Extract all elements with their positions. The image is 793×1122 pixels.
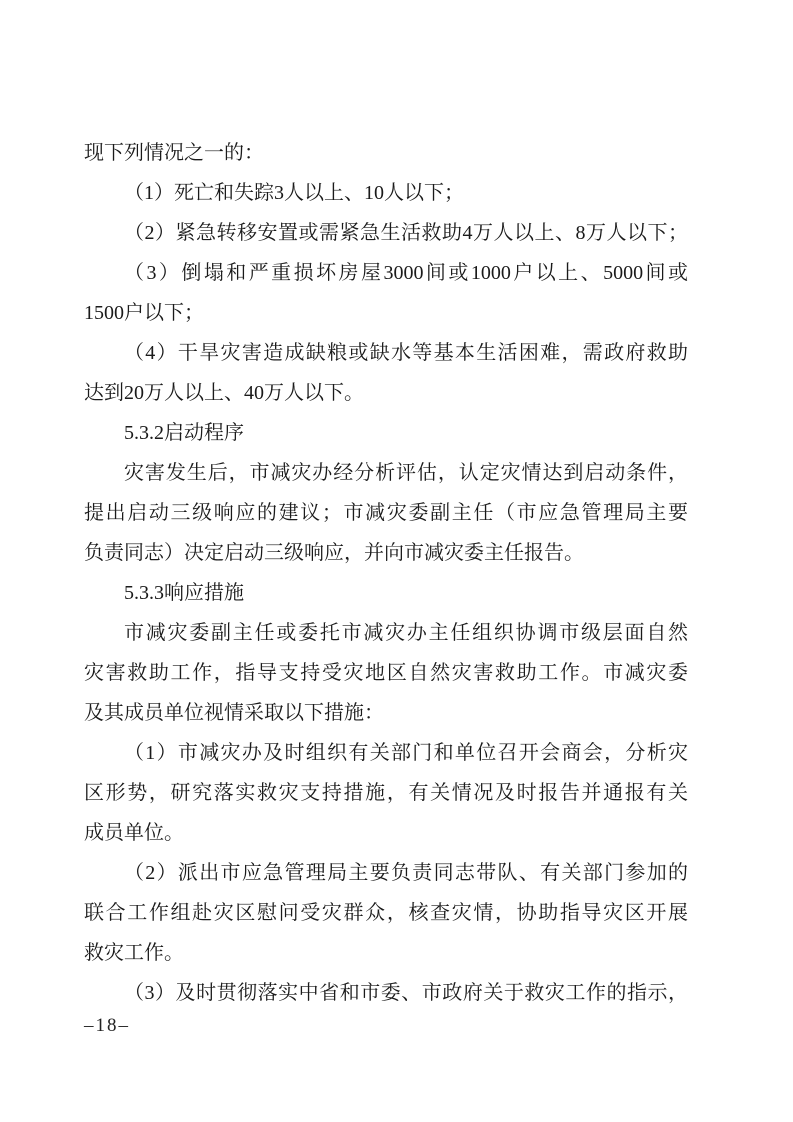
text-line: 负责同志）决定启动三级响应，并向市减灾委主任报告。 — [84, 533, 688, 573]
text-line: （4）干旱灾害造成缺粮或缺水等基本生活困难，需政府救助 — [84, 333, 688, 373]
text-line: 现下列情况之一的： — [84, 133, 688, 173]
text-line: （1）市减灾办及时组织有关部门和单位召开会商会，分析灾 — [84, 733, 688, 773]
text-content: 现下列情况之一的： （1）死亡和失踪3人以上、10人以下； （2）紧急转移安置或… — [84, 133, 688, 1013]
text-line: 救灾工作。 — [84, 933, 688, 973]
document-page: 现下列情况之一的： （1）死亡和失踪3人以上、10人以下； （2）紧急转移安置或… — [0, 0, 793, 1122]
text-line: （3）倒塌和严重损坏房屋3000间或1000户以上、5000间或 — [84, 253, 688, 293]
section-heading: 5.3.3响应措施 — [84, 573, 688, 613]
text-line: 及其成员单位视情采取以下措施： — [84, 693, 688, 733]
text-line: （2）派出市应急管理局主要负责同志带队、有关部门参加的 — [84, 853, 688, 893]
text-line: （1）死亡和失踪3人以上、10人以下； — [84, 173, 688, 213]
text-line: 市减灾委副主任或委托市减灾办主任组织协调市级层面自然 — [84, 613, 688, 653]
section-heading: 5.3.2启动程序 — [84, 413, 688, 453]
text-line: 灾害救助工作，指导支持受灾地区自然灾害救助工作。市减灾委 — [84, 653, 688, 693]
text-line: 提出启动三级响应的建议；市减灾委副主任（市应急管理局主要 — [84, 493, 688, 533]
text-line: 灾害发生后，市减灾办经分析评估，认定灾情达到启动条件， — [84, 453, 688, 493]
text-line: （3）及时贯彻落实中省和市委、市政府关于救灾工作的指示， — [84, 973, 688, 1013]
text-line: 成员单位。 — [84, 813, 688, 853]
text-line: 联合工作组赴灾区慰问受灾群众，核查灾情，协助指导灾区开展 — [84, 893, 688, 933]
page-number: –18– — [84, 1012, 130, 1040]
text-line: 1500户以下； — [84, 293, 688, 333]
text-line: 达到20万人以上、40万人以下。 — [84, 373, 688, 413]
text-line: （2）紧急转移安置或需紧急生活救助4万人以上、8万人以下； — [84, 213, 688, 253]
text-line: 区形势，研究落实救灾支持措施，有关情况及时报告并通报有关 — [84, 773, 688, 813]
